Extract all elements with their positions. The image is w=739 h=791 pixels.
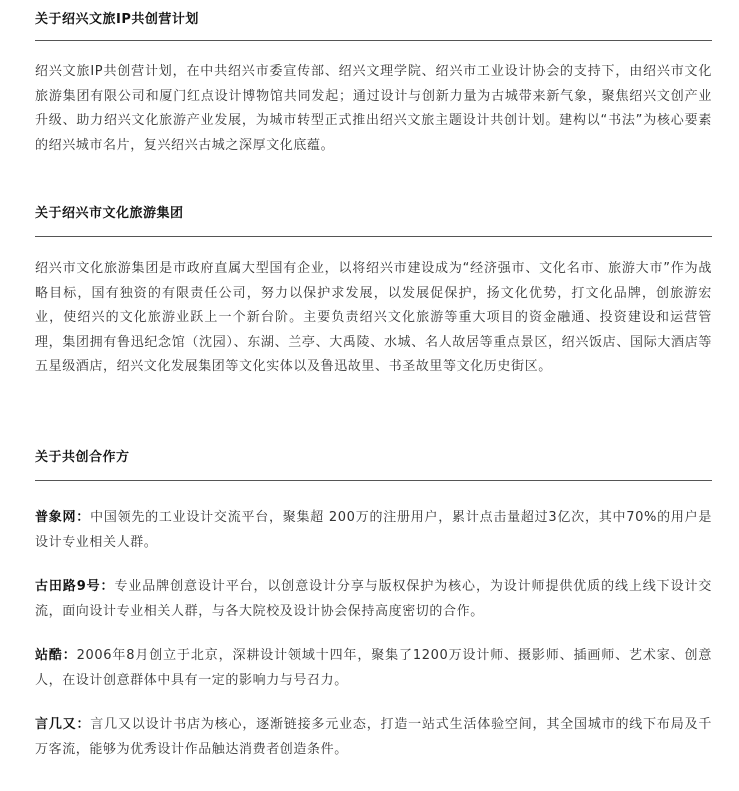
section-divider [35, 40, 712, 41]
partner-item-puxiang: 普象网：中国领先的工业设计交流平台，聚集超 200万的注册用户，累计点击量超过3… [35, 506, 712, 555]
partner-name: 言几又： [35, 717, 90, 732]
partner-item-yanjiyou: 言几又：言几又以设计书店为核心，逐渐链接多元业态，打造一站式生活体验空间，其全国… [35, 713, 712, 762]
partner-name: 古田路9号： [35, 579, 114, 594]
partner-description: 专业品牌创意设计平台，以创意设计分享与版权保护为核心，为设计师提供优质的线上线下… [35, 579, 712, 619]
section-paragraph-tourism-group: 绍兴市文化旅游集团是市政府直属大型国有企业，以将绍兴市建设成为“经济强市、文化名… [35, 257, 712, 380]
partner-item-zcool: 站酷：2006年8月创立于北京，深耕设计领域十四年，聚集了1200万设计师、摄影… [35, 644, 712, 693]
section-divider [35, 480, 712, 481]
partner-description: 言几又以设计书店为核心，逐渐链接多元业态，打造一站式生活体验空间，其全国城市的线… [35, 717, 712, 757]
partner-description: 2006年8月创立于北京，深耕设计领域十四年，聚集了1200万设计师、摄影师、插… [35, 648, 712, 688]
partner-item-gutianlu9: 古田路9号：专业品牌创意设计平台，以创意设计分享与版权保护为核心，为设计师提供优… [35, 575, 712, 624]
section-paragraph-ip-plan: 绍兴文旅IP共创营计划，在中共绍兴市委宣传部、绍兴文理学院、绍兴市工业设计协会的… [35, 60, 712, 158]
section-title-ip-plan: 关于绍兴文旅IP共创营计划 [35, 11, 199, 29]
section-title-partners: 关于共创合作方 [35, 449, 130, 467]
section-title-tourism-group: 关于绍兴市文化旅游集团 [35, 205, 184, 223]
partner-name: 站酷： [35, 648, 77, 663]
partner-description: 中国领先的工业设计交流平台，聚集超 200万的注册用户，累计点击量超过3亿次，其… [35, 510, 712, 550]
section-divider [35, 236, 712, 237]
partner-name: 普象网： [35, 510, 90, 525]
